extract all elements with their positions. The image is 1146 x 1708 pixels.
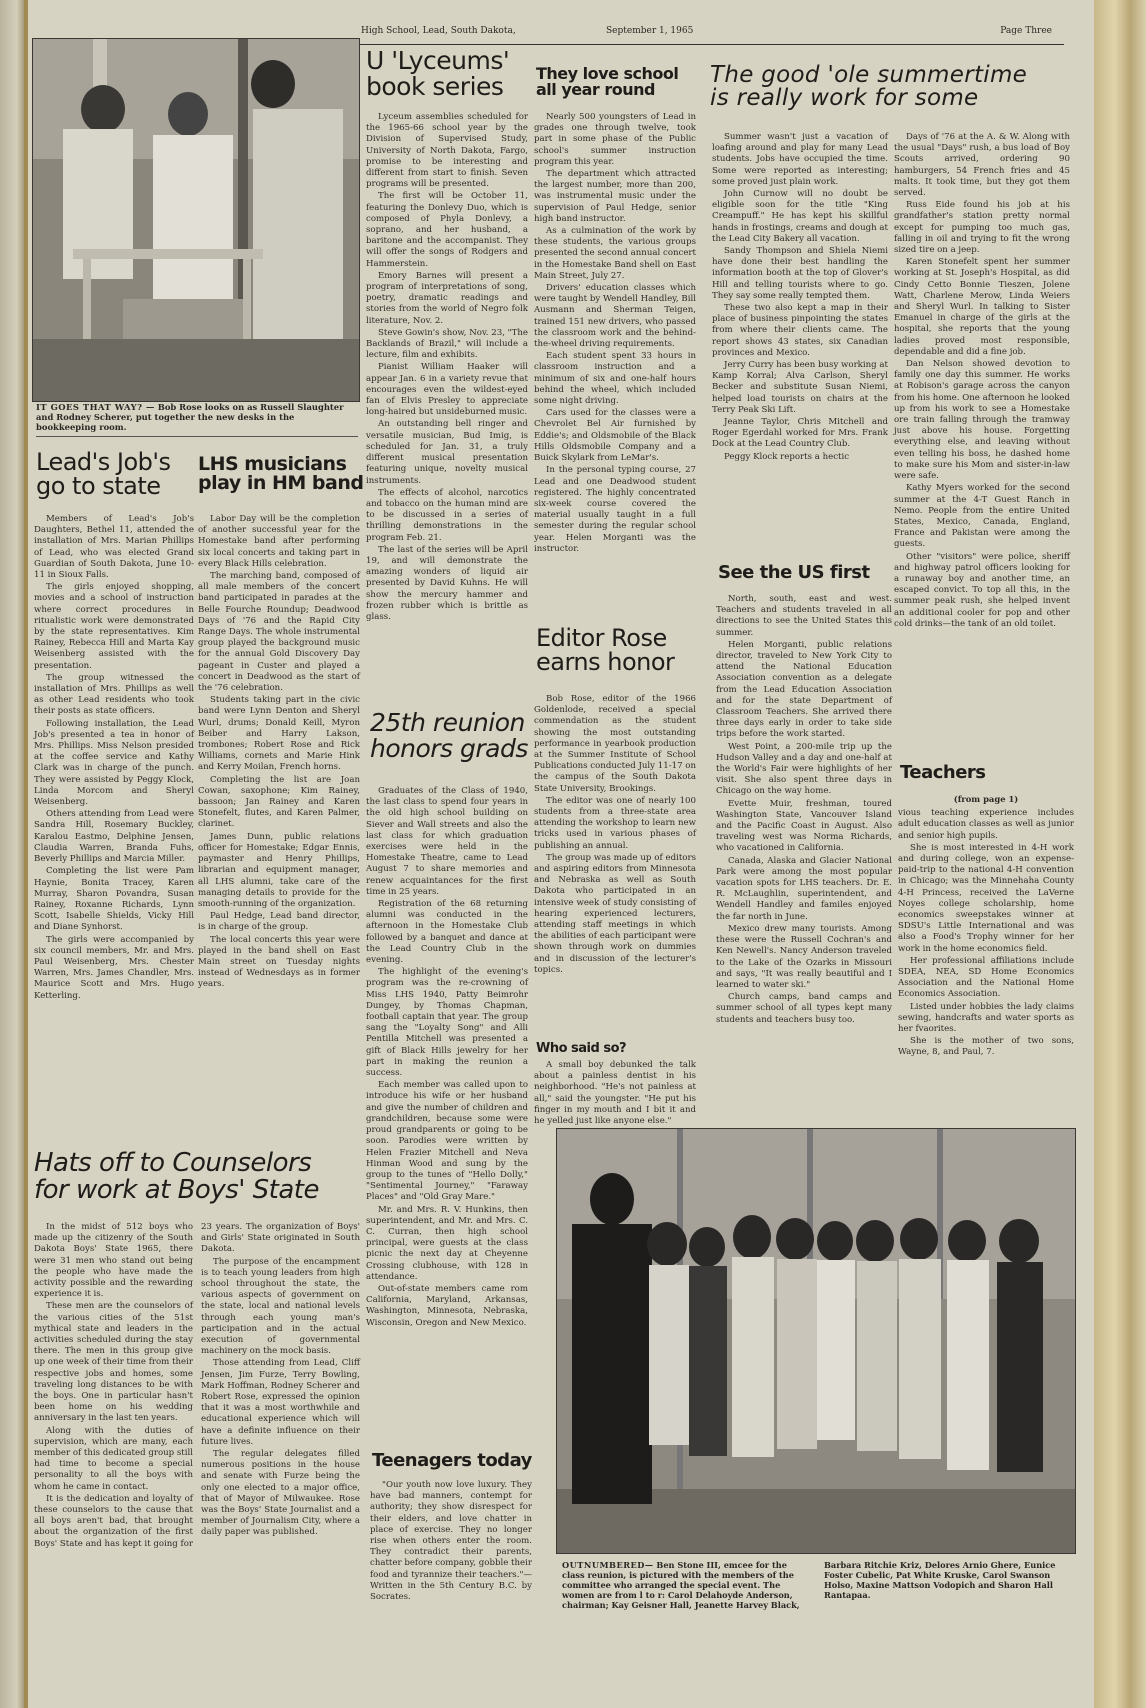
- article-counselors: In the midst of 512 boys who made up the…: [34, 1222, 360, 1550]
- article-teachers: (from page 1) vious teaching experience …: [898, 792, 1074, 1060]
- article-teenagers: "Our youth now love luxury. They have ba…: [370, 1480, 532, 1604]
- photo-desk-assembly: [32, 38, 360, 402]
- headline-editor-rose: Editor Rose earns honor: [536, 626, 696, 675]
- article-summertime-col1: Summer wasn't just a vacation of loafing…: [712, 132, 888, 464]
- headline-jobs-daughters: Lead's Job's go to state: [36, 450, 196, 499]
- photo-top-caption: It goes that way? — Bob Rose looks on as…: [36, 402, 356, 432]
- photo-students-icon: [33, 39, 359, 401]
- header-date: September 1, 1965: [606, 26, 693, 36]
- article-lyceums: Lyceum assemblies scheduled for the 1965…: [366, 112, 528, 624]
- article-who-said: A small boy debunked the talk about a pa…: [534, 1060, 696, 1128]
- headline-who-said: Who said so?: [536, 1042, 696, 1055]
- divider: [36, 436, 358, 437]
- headline-teachers: Teachers: [900, 764, 1076, 782]
- adjacent-page-edge: [0, 0, 28, 1708]
- headline-reunion: 25th reunion honors grads: [370, 710, 530, 761]
- article-love-school: Nearly 500 youngsters of Lead in grades …: [534, 112, 696, 556]
- headline-summertime: The good 'ole summertime is really work …: [710, 64, 1090, 111]
- article-summertime-col2: Days of '76 at the A. & W. Along with th…: [894, 132, 1070, 631]
- caption-lead: It goes that way? —: [36, 402, 155, 412]
- photo-reunion-committee: [556, 1128, 1076, 1554]
- photo-group-icon: [557, 1129, 1075, 1553]
- article-lhs-musicians: Labor Day will be the completion of anot…: [198, 514, 360, 992]
- caption-lead: Outnumbered—: [562, 1560, 654, 1570]
- page-stack-edge: [1094, 0, 1146, 1708]
- headline-lhs-musicians: LHS musicians play in HM band: [198, 455, 368, 494]
- continued-note: (from page 1): [898, 794, 1074, 805]
- headline-see-us: See the US first: [718, 564, 894, 582]
- header-page-number: Page Three: [1000, 26, 1052, 36]
- headline-lyceums: U 'Lyceums' book series: [366, 48, 526, 99]
- newspaper-page: High School, Lead, South Dakota, Septemb…: [28, 0, 1094, 1708]
- headline-love-school: They love school all year round: [536, 66, 696, 99]
- photo-bottom-caption: Outnumbered— Ben Stone III, emcee for th…: [562, 1560, 1068, 1610]
- headline-teenagers: Teenagers today: [372, 1452, 542, 1470]
- article-editor-rose: Bob Rose, editor of the 1966 Goldenlode,…: [534, 694, 696, 977]
- article-reunion: Graduates of the Class of 1940, the last…: [366, 786, 528, 1330]
- article-jobs-daughters: Members of Lead's Job's Daughters, Bethe…: [34, 514, 194, 1003]
- header-school: High School, Lead, South Dakota,: [361, 26, 516, 36]
- headline-counselors: Hats off to Counselors for work at Boys'…: [34, 1150, 364, 1203]
- article-see-us: North, south, east and west. Teachers an…: [716, 594, 892, 1027]
